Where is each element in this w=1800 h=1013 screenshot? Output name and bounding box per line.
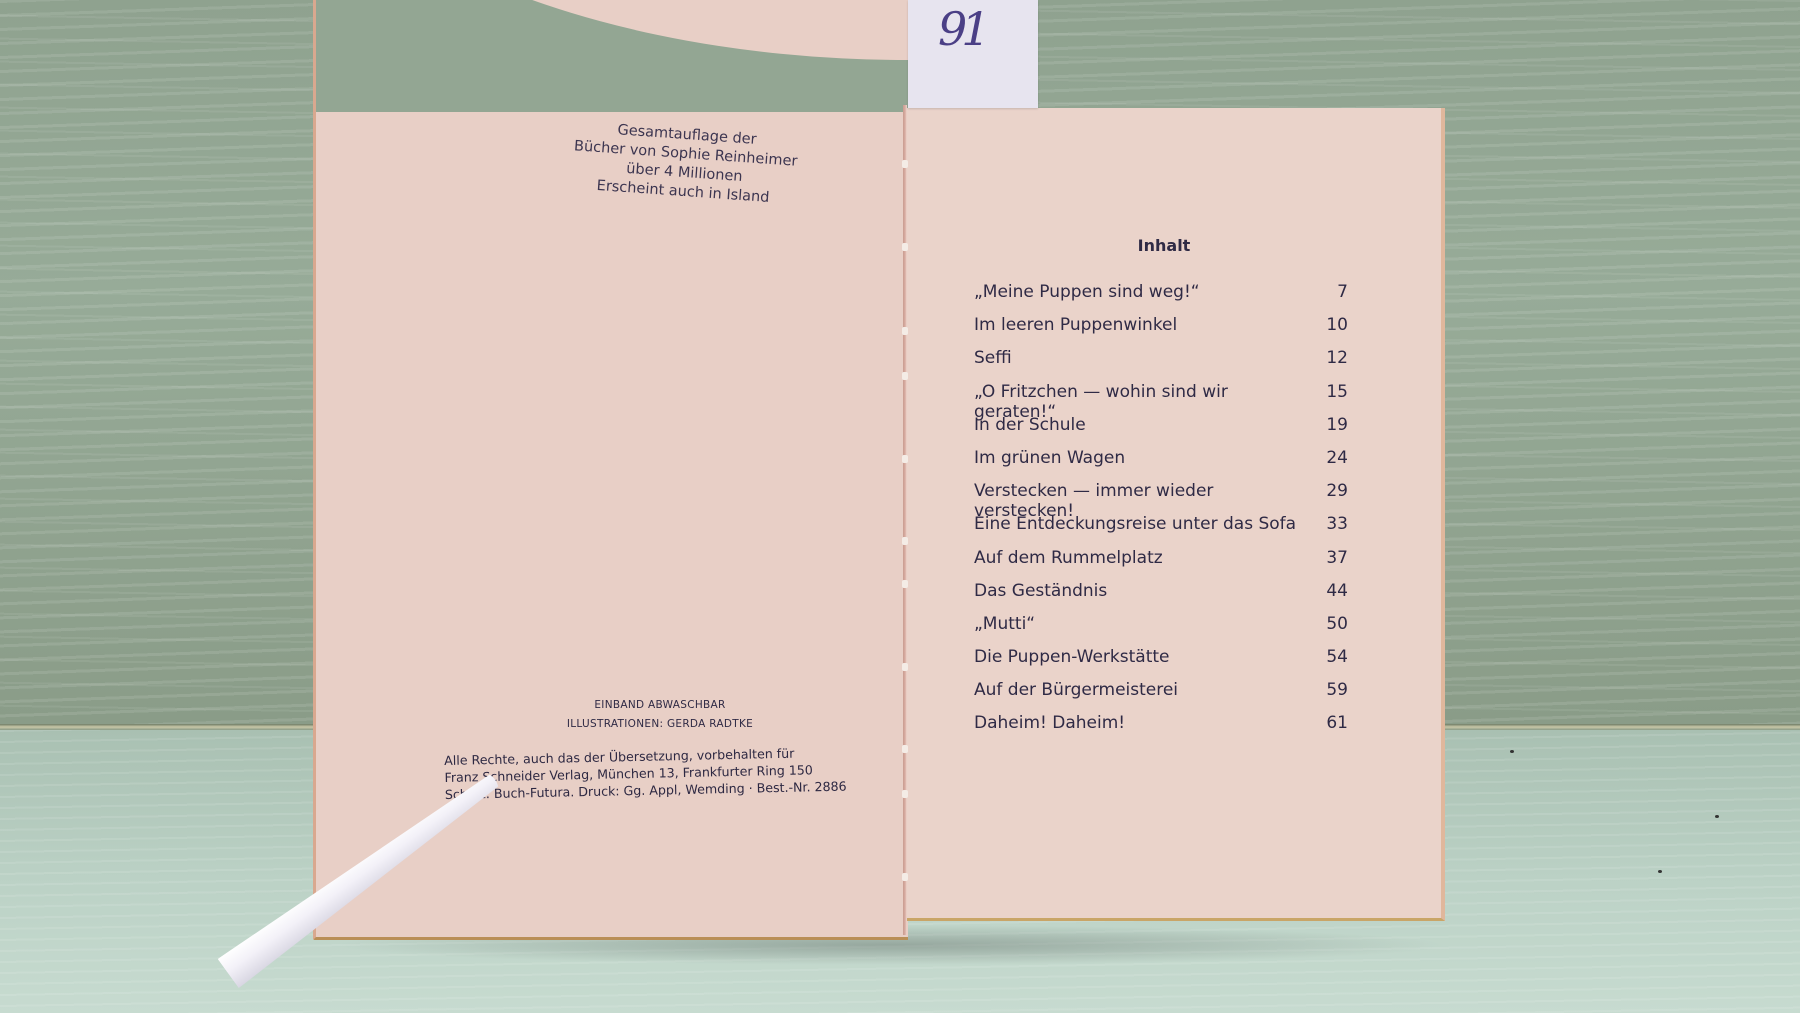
- dust-speck: [1658, 870, 1662, 873]
- toc-entry-page: 10: [1308, 315, 1348, 335]
- toc-entry-page: 44: [1308, 581, 1348, 601]
- toc-entry-page: 15: [1309, 382, 1348, 402]
- toc-entry: Im grünen Wagen24: [974, 448, 1348, 481]
- toc-entry-page: 50: [1308, 614, 1348, 634]
- toc-entry-title: Das Geständnis: [974, 581, 1107, 601]
- toc-entry: „Meine Puppen sind weg!“7: [974, 282, 1348, 315]
- binding-stitch: [902, 580, 908, 588]
- binding-illustrator-credits: EINBAND ABWASCHBAR ILLUSTRATIONEN: GERDA…: [540, 696, 780, 734]
- toc-entry-title: Im grünen Wagen: [974, 448, 1125, 468]
- print-run-notice: Gesamtauflage der Bücher von Sophie Rein…: [568, 118, 803, 210]
- toc-entry-page: 59: [1308, 680, 1348, 700]
- toc-entry: „Mutti“50: [974, 614, 1348, 647]
- toc-entry-page: 7: [1308, 282, 1348, 302]
- toc-entry: Daheim! Daheim!61: [974, 713, 1348, 746]
- toc-entry: Auf dem Rummelplatz37: [974, 548, 1348, 581]
- toc-entry: „O Fritzchen — wohin sind wir geraten!“1…: [974, 382, 1348, 415]
- left-page-curled-top: [316, 0, 908, 112]
- toc-entry-title: Auf dem Rummelplatz: [974, 548, 1163, 568]
- binding-stitch: [902, 372, 908, 380]
- binding-stitch: [902, 537, 908, 545]
- toc-entry: Seffi12: [974, 348, 1348, 381]
- dust-speck: [1715, 815, 1719, 818]
- binding-stitch: [902, 790, 908, 798]
- binding-stitch: [902, 243, 908, 251]
- toc-entry-title: Eine Entdeckungsreise unter das Sofa: [974, 514, 1296, 534]
- copyright-notice: Alle Rechte, auch das der Übersetzung, v…: [444, 743, 865, 803]
- handwritten-number: 91: [938, 2, 985, 56]
- toc-entry-title: „Meine Puppen sind weg!“: [974, 282, 1200, 302]
- binding-stitch: [902, 455, 908, 463]
- toc-entry: Das Geständnis44: [974, 581, 1348, 614]
- sticky-note: 91: [908, 0, 1038, 108]
- toc-entry-page: 33: [1308, 514, 1348, 534]
- dust-speck: [1510, 750, 1514, 753]
- toc-entry-title: „Mutti“: [974, 614, 1035, 634]
- table-of-contents: „Meine Puppen sind weg!“7 Im leeren Pupp…: [974, 282, 1348, 747]
- toc-entry-title: Seffi: [974, 348, 1012, 368]
- toc-entry-page: 19: [1308, 415, 1348, 435]
- toc-entry-title: Im leeren Puppenwinkel: [974, 315, 1177, 335]
- binding-stitch: [902, 663, 908, 671]
- toc-entry-title: In der Schule: [974, 415, 1086, 435]
- toc-entry-page: 61: [1308, 713, 1348, 733]
- credit-line: EINBAND ABWASCHBAR: [540, 696, 780, 715]
- toc-entry: Verstecken — immer wieder verstecken!29: [974, 481, 1348, 514]
- toc-entry-page: 54: [1308, 647, 1348, 667]
- credit-line: ILLUSTRATIONEN: GERDA RADTKE: [540, 715, 780, 734]
- toc-entry: Eine Entdeckungsreise unter das Sofa33: [974, 514, 1348, 547]
- binding-stitch: [902, 745, 908, 753]
- book-spine: [903, 105, 907, 935]
- toc-entry: Die Puppen-Werkstätte54: [974, 647, 1348, 680]
- toc-entry-page: 29: [1309, 481, 1348, 501]
- toc-entry: Im leeren Puppenwinkel10: [974, 315, 1348, 348]
- toc-entry-title: Daheim! Daheim!: [974, 713, 1125, 733]
- binding-stitch: [902, 160, 908, 168]
- toc-heading: Inhalt: [1110, 236, 1218, 255]
- binding-stitch: [902, 327, 908, 335]
- toc-entry-page: 37: [1308, 548, 1348, 568]
- toc-entry-title: Auf der Bürgermeisterei: [974, 680, 1178, 700]
- toc-entry-page: 24: [1308, 448, 1348, 468]
- binding-stitch: [902, 873, 908, 881]
- toc-entry-page: 12: [1308, 348, 1348, 368]
- toc-entry-title: Die Puppen-Werkstätte: [974, 647, 1170, 667]
- toc-entry: Auf der Bürgermeisterei59: [974, 680, 1348, 713]
